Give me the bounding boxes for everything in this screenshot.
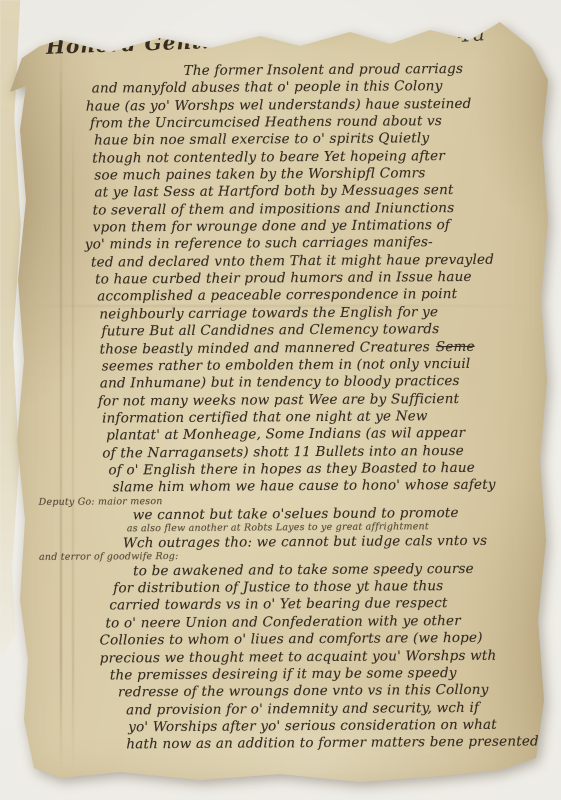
folio-number: 4a xyxy=(458,21,488,47)
vertical-fold-crease xyxy=(72,120,74,770)
manuscript-line: Wch outrages tho: we cannot but iudge ca… xyxy=(123,532,543,552)
manuscript-line: ted and declared vnto them That it might… xyxy=(91,251,541,271)
manuscript-line: redresse of the wroungs done vnto vs in … xyxy=(118,682,544,702)
manuscript-line: precious we thought meet to acquaint you… xyxy=(100,647,544,667)
manuscript-lines: The former Insolent and proud carriagsan… xyxy=(84,60,545,754)
vertical-fold-crease xyxy=(60,40,62,770)
manuscript-paper-wrap: 4a Honord Gent: The former Insolent and … xyxy=(0,0,561,800)
manuscript-line: hath now as an addition to former matter… xyxy=(126,734,544,754)
manuscript-paper: 4a Honord Gent: The former Insolent and … xyxy=(0,0,561,800)
manuscript-line: slame him whom we haue cause to hono' wh… xyxy=(113,477,543,497)
salutation-heading: Honord Gent: xyxy=(46,29,211,59)
struck-out-word: Seme xyxy=(436,338,475,354)
